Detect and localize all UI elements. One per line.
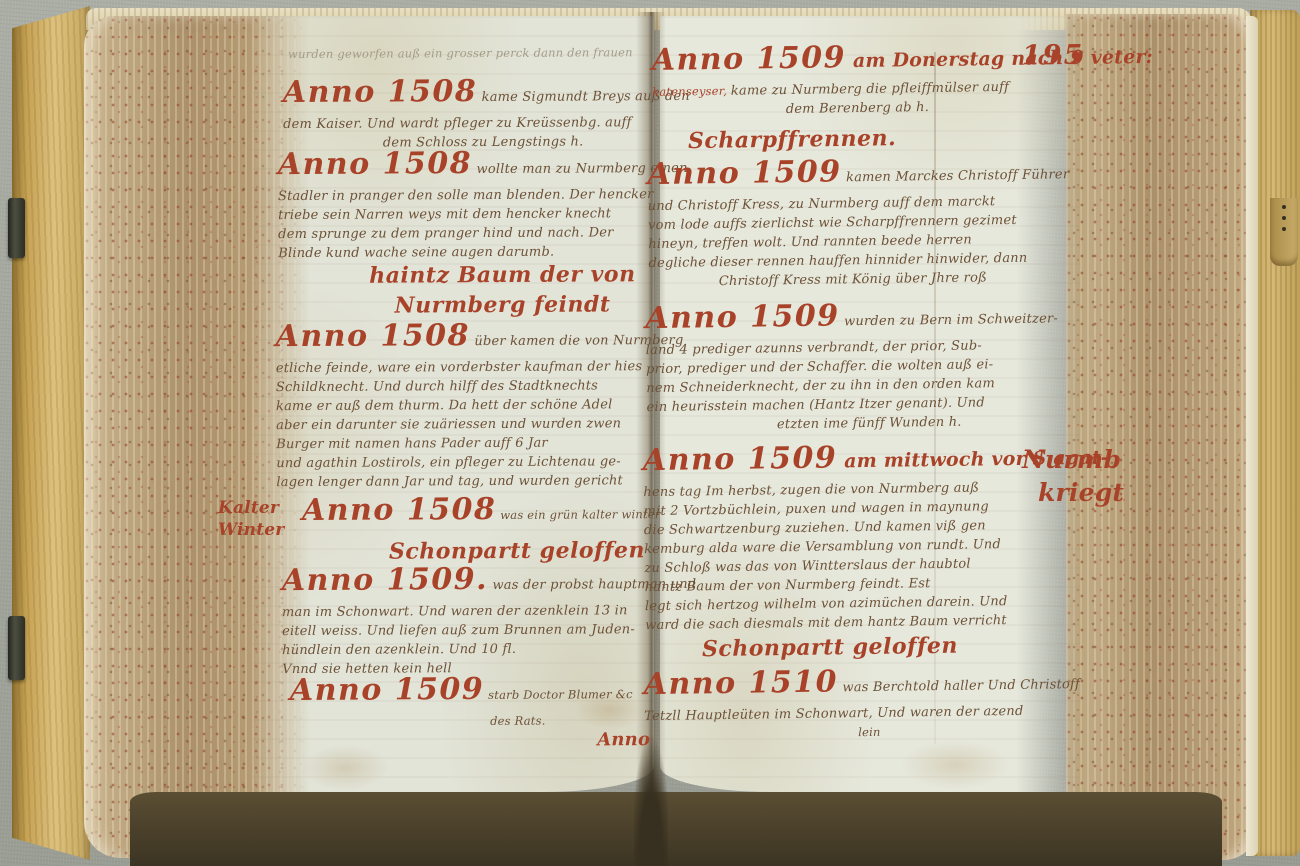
entry-anno-1508-2: Anno 1508 wollte man zu Nurmberg einenSt… [278,147,694,263]
manuscript-text: etliche feinde, ware ein vorderbster kau… [276,359,643,376]
manuscript-text: was ein grün kalter winter [496,507,660,522]
manuscript-line: Anno 1509 wurden zu Bern im Schweitzer- [645,297,1090,341]
manuscript-text: starb Doctor Blumer &c [484,687,633,702]
manuscript-line: Anno 1508 kame Sigmundt Breys auß den [283,75,683,115]
manuscript-line: haintz Baum der von [330,261,675,293]
manuscript-text: Christoff Kress mit König über Jhre roß [719,270,987,289]
manuscript-text: man im Schonwart. Und waren der azenklei… [282,603,628,620]
book-clasp-top [8,198,25,258]
manuscript-text: hantz Baum der von Nurmberg feindt. Est [645,576,931,595]
manuscript-text: Schonpartt geloffen [702,633,958,663]
manuscript-line: aber ein darunter sie zuäriessen und wur… [276,414,706,435]
manuscript-text: des Rats. [490,714,546,728]
entry-anno-1509-kriegt: Anno 1509 am mittwoch vor S agat-hens ta… [643,439,1096,635]
entry-anno-1509-left: Anno 1509. was der probst hauptman undma… [282,563,693,679]
manuscript-text: ward die sach diesmals mit dem hantz Bau… [645,613,1007,633]
manuscript-text: Schonpartt geloffen [389,537,645,564]
manuscript-text: triebe sein Narren weys mit dem hencker … [278,206,611,223]
manuscript-text: und agathin Lostirols, ein pfleger zu Li… [276,454,621,471]
manuscript-text: kamen Marckes Christoff Führer [842,167,1070,185]
manuscript-line: Stadler in pranger den solle man blenden… [278,185,693,206]
manuscript-text: Burger mit namen hans Pader auff 6 Jar [276,436,548,452]
manuscript-line: Winter [218,520,298,542]
manuscript-text: Anno 1508 [302,492,497,528]
heading-haintz-baum: haintz Baum der vonNurmberg feindt [330,261,675,323]
page-block-right-foredge [1066,14,1258,860]
manuscript-text: zu Schloß was das von Wintterslaus der h… [644,557,970,577]
manuscript-line: Anno 1509 kamen Marckes Christoff Führer [647,153,1087,197]
manuscript-text: wurden geworfen auß ein grosser perck da… [288,45,633,61]
manuscript-text: Stadler in pranger den solle man blenden… [278,187,654,204]
manuscript-text: dem Berenberg ab h. [786,100,929,117]
manuscript-text: Anno 1509 [651,40,846,78]
manuscript-line: hündlein den azenklein. Und 10 fl. [282,639,692,660]
manuscript-text: Anno 1509 [290,672,485,708]
ghost-text-line: wurden geworfen auß ein grosser perck da… [288,43,688,64]
manuscript-line: Schildknecht. Und durch hilff des Stadtk… [276,376,706,397]
manuscript-text: Anno 1508 [276,318,471,354]
manuscript-text: am Donerstag nach 9 veter: [846,46,1153,72]
manuscript-line: Scharpffrennen. [688,124,988,158]
manuscript-line: Anno 1508 was ein grün kalter winter [302,493,682,533]
manuscript-line: Blinde kund wache seine augen darumb. [278,242,693,263]
manuscript-text: kame zu Nurmberg die pfleiffmülser auff [731,80,1009,99]
manuscript-text: lein [858,725,881,739]
book-strap-right [1270,198,1298,266]
manuscript-text: Anno 1509 [643,440,838,478]
manuscript-line: des Rats. [490,711,650,731]
manuscript-line: eitell weiss. Und liefen auß zum Brunnen… [282,620,692,641]
entry-anno-1508-4: Anno 1508 was ein grün kalter winter [302,493,682,533]
manuscript-line: Anno 1510 was Berchtold haller Und Chris… [643,663,1093,707]
manuscript-text: eitell weiss. Und liefen auß zum Brunnen… [282,622,635,639]
manuscript-text: land 4 prediger azunns verbrandt, [646,340,883,358]
manuscript-text: Kalter [218,498,279,518]
manuscript-text: Nurmberg feindt [395,291,611,318]
entry-anno-1509-rennen: Anno 1509 kamen Marckes Christoff Führer… [647,153,1089,292]
manuscript-text: lagen lenger dann Jar und tag, und wurde… [276,473,623,490]
manuscript-text: katenseyser, [652,84,731,99]
heading-scharpffrennen: Scharpffrennen. [688,124,988,158]
manuscript-text: Anno 1509. [282,562,488,598]
entry-anno-1510: Anno 1510 was Berchtold haller Und Chris… [643,663,1094,745]
manuscript-text: haintz Baum der von [369,261,635,288]
manuscript-text: am mittwoch vor S agat- [837,447,1109,473]
book-cover-left-edge [12,6,90,860]
manuscript-text: dem sprunge zu dem pranger hind und nach… [278,225,613,242]
manuscript-text: dem Kaiser. Und wardt pfleger zu Kreüsse… [283,115,632,132]
manuscript-text: Anno [597,729,650,750]
manuscript-line: man im Schonwart. Und waren der azenklei… [282,601,692,622]
entry-anno-1509-left-2: Anno 1509 starb Doctor Blumer &cdes Rats… [290,673,650,753]
manuscript-line: dem sprunge zu dem pranger hind und nach… [278,223,693,244]
manuscript-line: Anno 1509 starb Doctor Blumer &c [290,673,650,713]
manuscript-line: kame er auß dem thurm. Da hett der schön… [276,395,706,416]
entry-anno-1509-bern: Anno 1509 wurden zu Bern im Schweitzer-l… [645,297,1092,436]
manuscript-line: dem Kaiser. Und wardt pfleger zu Kreüsse… [283,113,683,134]
manuscript-text: Anno 1508 [278,146,473,182]
manuscript-text: Anno 1510 [643,664,838,702]
manuscript-text: aber ein darunter sie zuäriessen und wur… [276,416,621,433]
manuscript-line: triebe sein Narren weys mit dem hencker … [278,204,693,225]
manuscript-text: Anno 1509 [645,298,840,336]
manuscript-text: Anno 1509 [647,154,842,192]
manuscript-text: Tetzll Hauptleüten im Schonwart, Und war… [644,704,1023,724]
heading-schonpartt-right: Schonpartt geloffen [702,632,1022,666]
manuscript-line: Kalter [218,498,298,520]
manuscript-line: etliche feinde, ware ein vorderbster kau… [276,357,706,378]
manuscript-photo: 195 wurden geworfen auß ein grosser perc… [0,0,1300,866]
manuscript-line: Anno 1508 über kamen die von Nurmberg [276,319,706,359]
manuscript-line: wurden geworfen auß ein grosser perck da… [288,43,688,64]
manuscript-text: Blinde kund wache seine augen darumb. [278,245,554,261]
manuscript-text: hineyn, treffen wolt. Und rannten beede … [648,233,972,253]
margin-kalter-winter: KalterWinter [218,498,298,542]
manuscript-text: Schildknecht. Und durch hilff des Stadtk… [276,378,598,395]
manuscript-text: der prior, Sub- [883,338,982,354]
manuscript-text: etzten ime fünff Wunden h. [777,415,962,433]
manuscript-line: Anno 1508 wollte man zu Nurmberg einen [278,147,693,187]
entry-anno-1508-1: Anno 1508 kame Sigmundt Breys auß dendem… [283,75,683,153]
manuscript-line: lagen lenger dann Jar und tag, und wurde… [276,471,706,492]
manuscript-line: Anno [290,730,650,753]
book-clasp-bottom [8,616,25,680]
manuscript-line: Schonpartt geloffen [702,632,1022,666]
entry-anno-1509-header: Anno 1509 am Donerstag nach 9 veter:kate… [651,39,1062,121]
manuscript-line: Anno 1509. was der probst hauptman und [282,563,692,603]
manuscript-text: hündlein den azenklein. Und 10 fl. [282,642,516,658]
gutter-bottom-shadow [634,734,668,866]
manuscript-text: Scharpffrennen. [688,125,897,154]
manuscript-text: Anno 1508 [283,74,478,110]
page-block-bottom-edge [130,792,1222,866]
manuscript-line: Anno 1509 am Donerstag nach 9 veter: [651,39,1061,83]
manuscript-text: kame er auß dem thurm. Da hett der schön… [276,397,613,414]
manuscript-text: Winter [218,520,284,540]
manuscript-text: was Berchtold haller Und Christoff [838,677,1080,695]
manuscript-line: und agathin Lostirols, ein pfleger zu Li… [276,452,706,473]
manuscript-text: wurden zu Bern im Schweitzer- [840,311,1058,329]
entry-anno-1508-3: Anno 1508 über kamen die von Nurmbergetl… [276,319,707,492]
page-block-right-sliver [1246,16,1258,856]
manuscript-line: Anno 1509 am mittwoch vor S agat- [643,439,1093,483]
